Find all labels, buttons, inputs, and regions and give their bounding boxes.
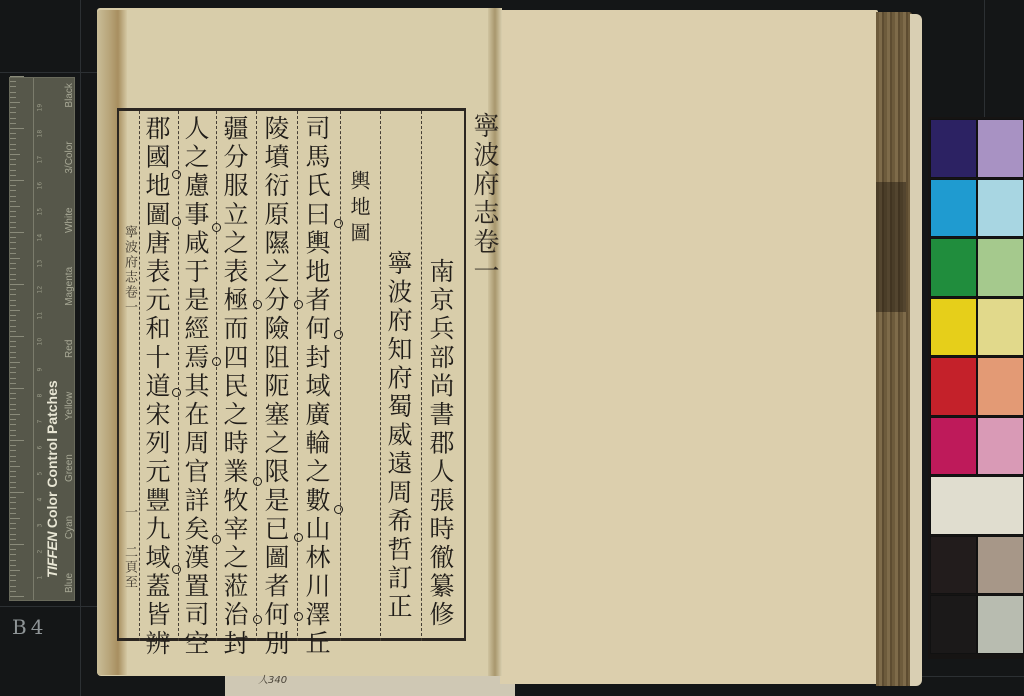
ruler-tick <box>10 180 24 181</box>
tiffen-brand: TIFFEN Color Control Patches <box>44 380 60 578</box>
punctuation-mark <box>212 357 221 366</box>
ruler-number: 17 <box>37 152 44 164</box>
ruler-tick <box>10 341 16 342</box>
ruler-tick <box>10 92 16 93</box>
ruler-tick <box>10 508 16 509</box>
punctuation-mark <box>212 223 221 232</box>
ruler-number: 12 <box>37 282 44 294</box>
color-patch <box>930 238 977 297</box>
color-patch <box>930 536 977 595</box>
ruler-tick <box>10 227 16 228</box>
punctuation-mark <box>294 612 303 621</box>
column-rule <box>139 111 140 641</box>
column-rule <box>178 111 179 641</box>
color-label: Blue <box>64 573 75 593</box>
ruler-tick <box>10 279 16 280</box>
ruler-number: 5 <box>37 464 44 476</box>
ruler-tick <box>10 372 16 373</box>
ruler-tick <box>10 310 20 311</box>
ruler-number: 4 <box>37 490 44 502</box>
body-column-5: 郡國地圖唐表元和十道宋列元豐九域蓋皆辨 <box>144 115 169 658</box>
ruler-tick <box>10 357 16 358</box>
body-column-4: 人之慮事咸于是經焉其在周官詳矣漢置司空 <box>183 115 208 658</box>
color-label: Cyan <box>64 516 75 539</box>
ruler-tick <box>10 154 20 155</box>
body-column-2: 陵墳衍原隰之分險阻阨塞之限是已圖者何別 <box>263 115 288 658</box>
punctuation-mark <box>172 388 181 397</box>
column-rule <box>216 111 217 641</box>
ruler-tick <box>10 378 16 379</box>
ruler-tick <box>10 591 16 592</box>
book-board <box>910 14 922 686</box>
ruler-tick <box>10 112 16 113</box>
punctuation-mark <box>334 505 343 514</box>
ruler-tick <box>10 268 16 269</box>
ruler-tick <box>10 513 16 514</box>
column-rule <box>256 111 257 641</box>
color-patch <box>930 179 977 238</box>
stand-grid-line <box>0 72 100 73</box>
ruler-tick <box>10 97 16 98</box>
ruler-tick <box>10 497 16 498</box>
ruler-tick <box>10 445 16 446</box>
stand-grid-line <box>984 0 985 117</box>
ruler-tick <box>10 185 16 186</box>
ruler-tick <box>10 242 16 243</box>
book-gutter <box>488 8 502 676</box>
color-label: Yellow <box>64 392 75 421</box>
body-column-1: 司馬氏曰輿地者何封域廣輪之數山林川澤丘 <box>304 115 329 658</box>
ruler-tick <box>10 284 24 285</box>
ruler-tick <box>10 300 16 301</box>
ruler-tick <box>10 596 24 597</box>
ruler-tick <box>10 435 16 436</box>
ruler-tick <box>10 175 16 176</box>
color-patch <box>977 119 1024 178</box>
color-patch <box>977 536 1024 595</box>
ruler-tick <box>10 404 16 405</box>
color-patch <box>977 298 1024 357</box>
ruler-tick <box>10 554 16 555</box>
color-patch <box>977 417 1024 476</box>
banxin-page-number: 二頁至 <box>120 545 139 590</box>
banxin-strip: 寧波府志卷一 一 二頁至 <box>117 215 139 640</box>
ruler-tick <box>10 383 16 384</box>
ruler-tick <box>10 544 24 545</box>
banxin-page-mark: 一 <box>120 505 139 520</box>
punctuation-mark <box>253 615 262 624</box>
ruler-tick <box>10 419 16 420</box>
color-patch <box>930 357 977 416</box>
color-patch-target <box>928 117 1024 659</box>
ruler-tick <box>10 76 24 77</box>
ruler-tick <box>10 170 16 171</box>
ruler-tick <box>10 570 20 571</box>
ruler-tick <box>10 487 16 488</box>
ruler-tick <box>10 159 16 160</box>
color-label: 3/Color <box>64 141 75 173</box>
ruler-number: 15 <box>37 204 44 216</box>
ruler-tick <box>10 289 16 290</box>
tiffen-title: Color Control Patches <box>44 380 60 528</box>
author-line-editor: 寧波府知府蜀威遠周希哲訂正 <box>386 250 411 622</box>
running-title: 寧波府志卷一 <box>466 112 503 286</box>
ruler-number: 16 <box>37 178 44 190</box>
stand-grid-line <box>80 0 81 696</box>
ruler-tick <box>10 549 16 550</box>
ruler-tick <box>10 86 16 87</box>
section-heading: 輿地圖 <box>349 170 369 248</box>
ruler-tick <box>10 450 16 451</box>
color-patch <box>930 417 977 476</box>
ruler-tick <box>10 123 16 124</box>
ruler-tick <box>10 528 16 529</box>
edge-smudge <box>876 182 906 312</box>
ruler-tick <box>10 201 16 202</box>
author-line-compiler: 南京兵部尚書郡人張時徹纂修 <box>428 258 453 630</box>
ruler-tick <box>10 331 16 332</box>
color-label: Green <box>64 454 75 482</box>
ruler-tick <box>10 518 20 519</box>
ruler-tick <box>10 232 24 233</box>
ruler-tick <box>10 440 24 441</box>
ruler-tick <box>10 274 16 275</box>
ruler-tick <box>10 118 16 119</box>
color-labels: Blue Cyan Green Yellow Red Magenta White… <box>64 83 75 593</box>
ruler-tick <box>10 398 16 399</box>
ruler-tick <box>10 523 16 524</box>
ruler-tick <box>10 539 16 540</box>
punctuation-mark <box>334 330 343 339</box>
stand-grid-line <box>0 606 100 607</box>
color-label: Magenta <box>64 267 75 306</box>
ruler-number: 11 <box>37 308 44 320</box>
ruler-tick <box>10 367 16 368</box>
ruler-tick <box>10 466 20 467</box>
color-patch <box>977 238 1024 297</box>
ruler-tick <box>10 305 16 306</box>
ruler-tick <box>10 248 16 249</box>
ruler-tick <box>10 393 16 394</box>
ruler-tick <box>10 456 16 457</box>
punctuation-mark <box>212 535 221 544</box>
ruler-tick <box>10 482 16 483</box>
column-rule <box>421 111 422 641</box>
ruler-tick <box>10 336 24 337</box>
punctuation-mark <box>172 565 181 574</box>
ruler-number: 1 <box>37 568 44 580</box>
color-patch <box>930 595 977 654</box>
ruler-tick <box>10 409 16 410</box>
ruler-tick <box>10 320 16 321</box>
book-fore-edge <box>876 12 912 686</box>
ruler-tick <box>10 461 16 462</box>
ruler-tick <box>10 102 20 103</box>
punctuation-mark <box>172 170 181 179</box>
ruler-tick <box>10 216 16 217</box>
ruler-number: 6 <box>37 438 44 450</box>
punctuation-mark <box>294 533 303 542</box>
ruler-number: 8 <box>37 386 44 398</box>
ruler-tick <box>10 164 16 165</box>
color-patch-white <box>930 476 1024 535</box>
ruler-tick <box>10 352 16 353</box>
ruler-number: 9 <box>37 360 44 372</box>
ruler-tick <box>10 560 16 561</box>
ruler-tick <box>10 424 16 425</box>
ruler-tick <box>10 107 16 108</box>
banxin-title: 寧波府志卷一 <box>120 225 139 315</box>
ruler-tick <box>10 206 20 207</box>
color-patch <box>977 179 1024 238</box>
ruler-tick <box>10 414 20 415</box>
ruler-tick <box>10 492 24 493</box>
stand-grid-line <box>922 676 1024 677</box>
ruler-tick <box>10 196 16 197</box>
punctuation-mark <box>253 477 262 486</box>
ruler-number: 7 <box>37 412 44 424</box>
ruler-tick <box>10 565 16 566</box>
color-label: White <box>64 207 75 233</box>
column-rule <box>297 111 298 641</box>
ruler-tick <box>10 294 16 295</box>
ruler-tick <box>10 326 16 327</box>
ruler-number: 19 <box>37 100 44 112</box>
ruler-tick <box>10 388 24 389</box>
ruler-number: 13 <box>37 256 44 268</box>
ruler-tick <box>10 471 16 472</box>
ruler-tick <box>10 258 20 259</box>
tiffen-color-strip: TIFFEN Color Control Patches Blue Cyan G… <box>9 77 75 601</box>
ruler-tick <box>10 222 16 223</box>
right-page-blank <box>500 10 878 684</box>
ruler-tick <box>10 144 16 145</box>
body-column-3: 疆分服立之表極而四民之時業牧宰之蒞治封 <box>222 115 247 658</box>
ruler-tick <box>10 133 16 134</box>
ruler-number: 14 <box>37 230 44 242</box>
color-patch <box>977 595 1024 654</box>
ruler-tick <box>10 346 16 347</box>
centimetre-ruler <box>10 78 34 600</box>
punctuation-mark <box>334 219 343 228</box>
punctuation-mark <box>172 217 181 226</box>
color-label: Black <box>64 83 75 107</box>
ruler-tick <box>10 149 16 150</box>
shelf-label: B4 <box>12 615 47 639</box>
ruler-tick <box>10 253 16 254</box>
ruler-tick <box>10 586 16 587</box>
color-patch <box>930 298 977 357</box>
ruler-tick <box>10 430 16 431</box>
color-label: Red <box>64 340 75 358</box>
ruler-number: 10 <box>37 334 44 346</box>
ruler-tick <box>10 263 16 264</box>
ruler-number: 2 <box>37 542 44 554</box>
punctuation-mark <box>253 300 262 309</box>
punctuation-mark <box>294 300 303 309</box>
ruler-tick <box>10 575 16 576</box>
ruler-tick <box>10 190 16 191</box>
ruler-number: 18 <box>37 126 44 138</box>
pencil-annotation: 人340 <box>258 671 287 686</box>
column-rule <box>340 111 341 641</box>
ruler-tick <box>10 502 16 503</box>
color-patch <box>930 119 977 178</box>
ruler-tick <box>10 476 16 477</box>
ruler-tick <box>10 81 16 82</box>
tiffen-logo: TIFFEN <box>44 532 60 578</box>
ruler-tick <box>10 315 16 316</box>
ruler-tick <box>10 237 16 238</box>
ruler-tick <box>10 534 16 535</box>
column-rule <box>380 111 381 641</box>
ruler-tick <box>10 580 16 581</box>
ruler-tick <box>10 211 16 212</box>
ruler-tick <box>10 362 20 363</box>
color-patch <box>977 357 1024 416</box>
ruler-tick <box>10 128 24 129</box>
ruler-number: 3 <box>37 516 44 528</box>
ruler-tick <box>10 138 16 139</box>
